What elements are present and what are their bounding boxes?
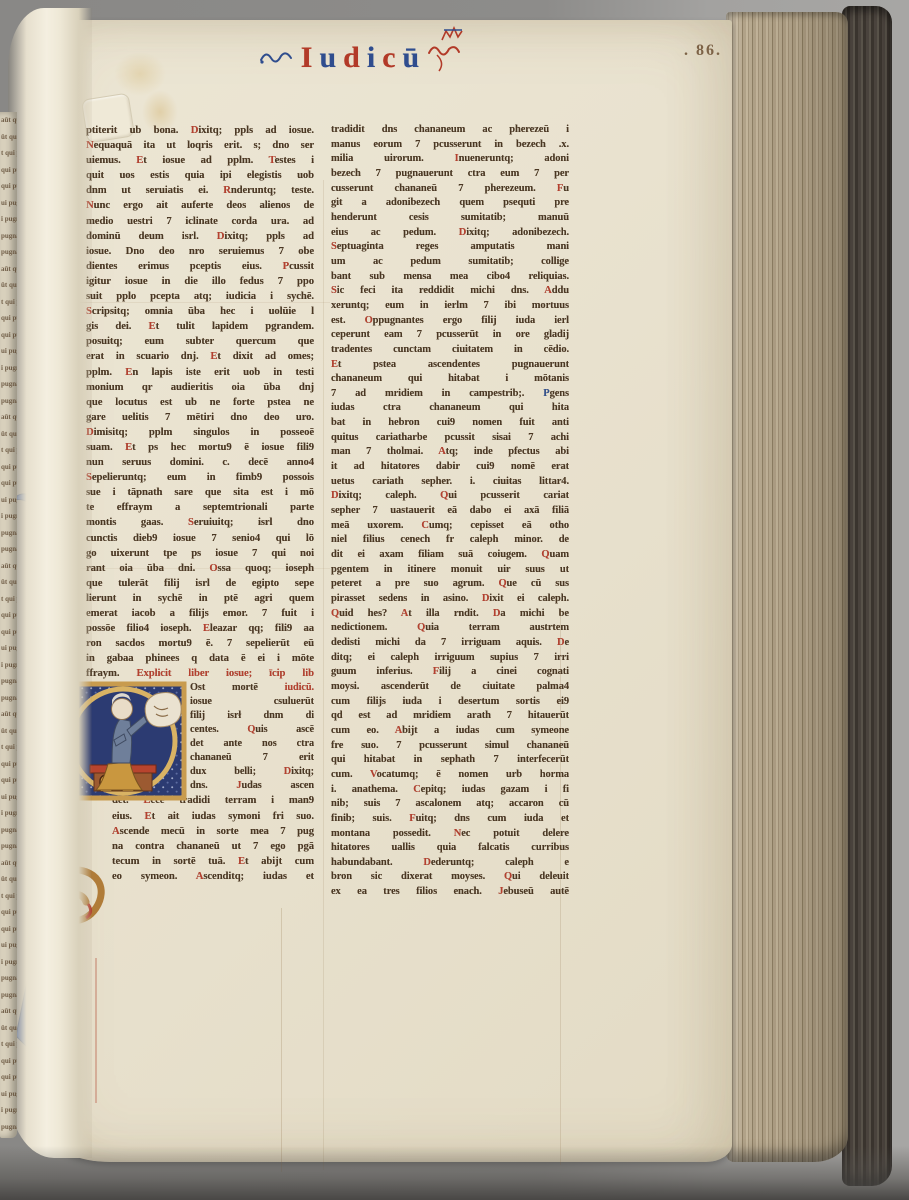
facing-page-text-fragment: aūt qui pugnauit isrl ome filij dns ad e…: [0, 706, 17, 723]
book-cover-edge: [842, 6, 892, 1186]
text-line: Ost mortē iudicū.: [190, 681, 314, 695]
facing-page-text-fragment: i pugnauit isrl ome filij dns ad eū: [0, 508, 17, 525]
text-line: meā uxorem. Cumq; cepisset eā otho: [331, 519, 569, 534]
facing-page-text-fragment: ui pugnauit isrl ome filij dns ad eū: [0, 937, 17, 954]
text-line: medio uestri 7 iclinate corda ura. ad: [86, 214, 314, 229]
facing-page-sliver: aūt qui pugnauit isrl ome filij dns ad e…: [0, 112, 17, 1138]
facing-page-text-fragment: pugnauit isrl ome filij dns ad eū: [0, 987, 17, 1004]
text-line: fre suo. 7 pcusserunt simul chananeū: [331, 739, 569, 754]
text-line: git a adonibezech quem psequti pre: [331, 196, 569, 211]
facing-page-text-fragment: ūt qui pugnauit isrl ome filij dns ad eū: [0, 723, 17, 740]
text-line: bron sic dixerat moyses. Qui deleuit: [331, 870, 569, 885]
facing-page-text-fragment: aūt qui pugnauit isrl ome filij dns ad e…: [0, 558, 17, 575]
facing-page-text-fragment: qui pugnauit isrl ome filij dns ad eū: [0, 178, 17, 195]
text-line: quitus cariatharbe pcussit sisai 7 achi: [331, 431, 569, 446]
text-line: guum inferius. Filij a cinei cognati: [331, 665, 569, 680]
folio-number: . 86.: [684, 42, 722, 60]
facing-page-text-fragment: pugnauit isrl ome filij dns ad eū: [0, 838, 17, 855]
facing-page-text-fragment: ūt qui pugnauit isrl ome filij dns ad eū: [0, 426, 17, 443]
text-line: hitatores uallis quia falcatis curribus: [331, 841, 569, 856]
text-line: ditq; ei caleph irriguum supius 7 irri: [331, 651, 569, 666]
facing-page-text-fragment: ui pugnauit isrl ome filij dns ad eū: [0, 343, 17, 360]
header-crown-mark-icon: [440, 26, 466, 42]
text-line: uetus cariath sepher. i. ciuitas littar4…: [331, 475, 569, 490]
facing-page-text-fragment: qui pugnauit isrl ome filij dns ad eū: [0, 459, 17, 476]
text-line: sepher 7 uastauerit eā dabo ei axā filiā: [331, 504, 569, 519]
text-line: filij isrł dnm di: [190, 709, 314, 723]
facing-page-text-fragment: aūt qui pugnauit isrl ome filij dns ad e…: [0, 112, 17, 129]
text-line: pgentem in itinere monuit uir suus ut: [331, 563, 569, 578]
text-line: gare uelitis 7 mētiri dno deo uro.: [86, 410, 314, 425]
facing-page-text-fragment: qui pugnauit isrl ome filij dns ad eū: [0, 310, 17, 327]
facing-page-text-fragment: pugnauit isrl ome filij dns ad eū: [0, 393, 17, 410]
facing-page-text-fragment: pugnauit isrl ome filij dns ad eū: [0, 244, 17, 261]
header-letter: c: [379, 41, 399, 74]
facing-page-text-fragment: i pugnauit isrl ome filij dns ad eū: [0, 954, 17, 971]
text-line: dnm ut seruiatis ei. Rnderuntq; teste.: [86, 183, 314, 198]
text-line: chananeū 7 erit: [190, 751, 314, 765]
header-flourish-left-icon: [259, 47, 293, 69]
facing-page-text-fragment: pugnauit isrl ome filij dns ad eū: [0, 822, 17, 839]
text-line: habundabant. Dederuntq; caleph e: [331, 856, 569, 871]
header-letter: ū: [399, 41, 423, 74]
text-line: que locutus est ub ne forte pstea ne: [86, 395, 314, 410]
text-line: nun seruus domini. c. decē anno4: [86, 455, 314, 470]
text-line: eius ac pedum. Dixitq; adonibezech.: [331, 226, 569, 241]
facing-page-text-fragment: ui pugnauit isrl ome filij dns ad eū: [0, 1086, 17, 1103]
facing-page-text-fragment: t qui pugnauit isrl ome filij dns ad eū: [0, 145, 17, 162]
text-line: Sic feci ita reddidit michi dns. Addu: [331, 284, 569, 299]
text-line: Nequaquā ita ut loqris erit. s; dno ser: [86, 138, 314, 153]
text-line: milia uirorum. Inueneruntq; adoni: [331, 152, 569, 167]
text-line: cum filijs iuda i desertum sortis ei9: [331, 695, 569, 710]
text-line: Septuaginta reges amputatis mani: [331, 240, 569, 255]
text-line: Scripsitq; omnia ūba hec i uolūie l: [86, 304, 314, 319]
text-line: ptiterit ub bona. Dixitq; ppls ad iosue.: [86, 123, 314, 138]
text-line: qui hitabat in sephath 7 interfecerūt: [331, 753, 569, 768]
facing-page-text-fragment: aūt qui pugnauit isrl ome filij dns ad e…: [0, 261, 17, 278]
text-line: cum eo. Abijt a iudas cum symeone: [331, 724, 569, 739]
facing-page-text-fragment: t qui pugnauit isrl ome filij dns ad eū: [0, 294, 17, 311]
book-gutter: [8, 8, 92, 1158]
facing-page-text-fragment: pugnauit isrl ome filij dns ad eū: [0, 673, 17, 690]
text-line: iosue. Dno deo nro seruiemus 7 obe: [86, 244, 314, 259]
facing-page-text-fragment: pugnauit isrl ome filij dns ad eū: [0, 970, 17, 987]
facing-page-text-fragment: ūt qui pugnauit isrl ome filij dns ad eū: [0, 871, 17, 888]
text-line: pirasset sedens in asino. Dixit ei calep…: [331, 592, 569, 607]
text-line: Nunc ergo ait auferte deos alienos de: [86, 198, 314, 213]
ruling-line: [80, 302, 330, 303]
text-line: igitur iosue in die illo fedus 7 ppo: [86, 274, 314, 289]
ruling-line: [560, 610, 561, 1165]
text-line: gis dei. Et tulit lapidem pgrandem.: [86, 319, 314, 334]
facing-page-text-fragment: i pugnauit isrl ome filij dns ad eū: [0, 360, 17, 377]
facing-page-text-fragment: aūt qui pugnauit isrl ome filij dns ad e…: [0, 855, 17, 872]
text-line: iudas ctra chananeum qui hita: [331, 401, 569, 416]
facing-page-text-fragment: qui pugnauit isrl ome filij dns ad eū: [0, 772, 17, 789]
text-line: tradidit dns chananeum ac pherezeū i: [331, 123, 569, 138]
facing-page-text-fragment: qui pugnauit isrl ome filij dns ad eū: [0, 624, 17, 641]
page-fore-edge-stack: [726, 12, 848, 1162]
text-line: centes. Quis ascē: [190, 723, 314, 737]
facing-page-text-fragment: ūt qui pugnauit isrl ome filij dns ad eū: [0, 574, 17, 591]
facing-page-text-fragment: i pugnauit isrl ome filij dns ad eū: [0, 805, 17, 822]
facing-page-text-fragment: pugnauit isrl ome filij dns ad eū: [0, 690, 17, 707]
facing-page-text-fragment: pugnauit isrl ome filij dns ad eū: [0, 228, 17, 245]
facing-page-text-fragment: pugnauit isrl ome filij dns ad eū: [0, 376, 17, 393]
text-line: erat in scuario dnj. Et dixit ad omes;: [86, 349, 314, 364]
text-line: posuitq; eum subter quercum que: [86, 334, 314, 349]
facing-page-text-fragment: t qui pugnauit isrl ome filij dns ad eū: [0, 1036, 17, 1053]
text-line: nedictionem. Quia terram austrtem: [331, 621, 569, 636]
facing-page-text-fragment: ui pugnauit isrl ome filij dns ad eū: [0, 640, 17, 657]
facing-page-text-fragment: t qui pugnauit isrl ome filij dns ad eū: [0, 442, 17, 459]
text-line: niel filius cenech fr caleph minor. de: [331, 533, 569, 548]
text-line: finib; suis. Fuitq; dns cum iuda et: [331, 812, 569, 827]
header-letter: I: [297, 41, 316, 74]
text-line: ex ea tres filios enach. Jebuseū autē: [331, 885, 569, 900]
facing-page-text-fragment: qui pugnauit isrl ome filij dns ad eū: [0, 607, 17, 624]
text-line: peteret a pre suo agrum. Que cū sus: [331, 577, 569, 592]
ruling-line: [281, 908, 282, 1172]
facing-page-text-fragment: aūt qui pugnauit isrl ome filij dns ad e…: [0, 1003, 17, 1020]
text-line: montana possedit. Nec potuit delere: [331, 827, 569, 842]
text-line: Et pstea ascendentes pugnauerunt: [331, 358, 569, 373]
text-line: moysi. ascenderūt de ciuitate palma4: [331, 680, 569, 695]
running-title-letters: Iudicū: [297, 38, 422, 78]
text-line: henderunt cesis sumitatib; manuū: [331, 211, 569, 226]
text-line: suam. Et ps hec mortu9 ē iosue fili9: [86, 440, 314, 455]
text-line: quit uos estis quia ipi elegistis uob: [86, 168, 314, 183]
facing-page-text-fragment: i pugnauit isrl ome filij dns ad eū: [0, 657, 17, 674]
text-line: pplm. En lapis iste erit uob in testi: [86, 365, 314, 380]
text-line: bant sub mensa mea cibo4 reliquias.: [331, 270, 569, 285]
ruling-line: [323, 180, 324, 1170]
text-line: det ante nos ctra: [190, 737, 314, 751]
header-flourish-right-icon: [427, 43, 461, 73]
text-line: dientes erimus pceptis eius. Pcussit: [86, 259, 314, 274]
text-line: Dixitq; caleph. Qui pcusserit cariat: [331, 489, 569, 504]
facing-page-text-fragment: ui pugnauit isrl ome filij dns ad eū: [0, 789, 17, 806]
running-title: Iudicū: [180, 34, 540, 82]
facing-page-text-fragment: ui pugnauit isrl ome filij dns ad eū: [0, 195, 17, 212]
text-line: chananeum qui hitabat i mōtanis: [331, 372, 569, 387]
text-line: tradentes cunctam ciuitatem in cēdio.: [331, 343, 569, 358]
facing-page-text-fragment: i pugnauit isrl ome filij dns ad eū: [0, 211, 17, 228]
facing-page-text-fragment: qui pugnauit isrl ome filij dns ad eū: [0, 1069, 17, 1086]
facing-page-text-fragment: qui pugnauit isrl ome filij dns ad eū: [0, 904, 17, 921]
text-line: dominū deum isrl. Dixitq; ppls ad: [86, 229, 314, 244]
facing-page-text-fragment: qui pugnauit isrl ome filij dns ad eū: [0, 921, 17, 938]
text-line: cum. Vocatumq; ē nomen urb horma: [331, 768, 569, 783]
text-line: qd est ad mridiem arath 7 hitauerūt: [331, 709, 569, 724]
text-line: dux belli; Dixitq;: [190, 765, 314, 779]
table-shadow: [0, 1146, 909, 1200]
text-line: est. Oppugnantes ergo filij iuda ierl: [331, 314, 569, 329]
text-line: dns. Judas ascen: [190, 779, 314, 793]
manuscript-page: Iudicū . 86. ptiterit ub bona. Dixitq; p…: [50, 20, 732, 1162]
facing-page-text-fragment: t qui pugnauit isrl ome filij dns ad eū: [0, 888, 17, 905]
facing-page-text-fragment: qui pugnauit isrl ome filij dns ad eū: [0, 475, 17, 492]
facing-page-text-fragment: ūt qui pugnauit isrl ome filij dns ad eū: [0, 129, 17, 146]
text-line: i. anathema. Cepitq; iudas gazam i fi: [331, 783, 569, 798]
facing-page-text-fragment: pugnauit isrl ome filij dns ad eū: [0, 1119, 17, 1136]
facing-page-text-fragment: qui pugnauit isrl ome filij dns ad eū: [0, 1053, 17, 1070]
text-line: man 7 tholmai. Atq; inde pfectus abi: [331, 445, 569, 460]
facing-page-text-fragment: qui pugnauit isrl ome filij dns ad eū: [0, 327, 17, 344]
manuscript-photo: Iudicū . 86. ptiterit ub bona. Dixitq; p…: [0, 0, 909, 1200]
facing-page-text-fragment: qui pugnauit isrl ome filij dns ad eū: [0, 756, 17, 773]
header-letter: i: [363, 41, 378, 74]
text-line: monium qr audieritis oia ūba dnj: [86, 380, 314, 395]
text-line: dit ei axam filiam suā coiugem. Quam: [331, 548, 569, 563]
text-line: uiemus. Et iosue ad pplm. Testes i: [86, 153, 314, 168]
facing-page-text-fragment: t qui pugnauit isrl ome filij dns ad eū: [0, 591, 17, 608]
facing-page-text-fragment: pugnauit isrl ome filij dns ad eū: [0, 525, 17, 542]
text-line: dedisti michi da 7 irriguam aquis. De: [331, 636, 569, 651]
text-line: Sepelieruntq; eum in fimb9 possois: [86, 470, 314, 485]
facing-page-text-fragment: ūt qui pugnauit isrl ome filij dns ad eū: [0, 277, 17, 294]
text-line: cusserunt chananeū 7 pherezeum. Fu: [331, 182, 569, 197]
text-line: nib; suis 7 ascalonem atq; accaron cū: [331, 797, 569, 812]
text-line: it ad hitatores dabir cui9 nomē erat: [331, 460, 569, 475]
facing-page-text-fragment: t qui pugnauit isrl ome filij dns ad eū: [0, 739, 17, 756]
header-letter: u: [316, 41, 340, 74]
header-letter: d: [340, 41, 364, 74]
text-line: iosue csuluerūt: [190, 695, 314, 709]
facing-page-text-fragment: pugnauit isrl ome filij dns ad eū: [0, 541, 17, 558]
text-line: ceperunt eam 7 pcusserūt in ore gladij: [331, 328, 569, 343]
text-line: um ac pedum sumitatib; collige: [331, 255, 569, 270]
facing-page-text-fragment: aūt qui pugnauit isrl ome filij dns ad e…: [0, 409, 17, 426]
text-line: 7 ad mridiem in campestrib;. Pgens: [331, 387, 569, 402]
text-line: bat in hebron cui9 nomen fuit anti: [331, 416, 569, 431]
facing-page-text-fragment: ui pugnauit isrl ome filij dns ad eū: [0, 492, 17, 509]
text-line: bezech 7 pugnauerunt ctra eum 7 per: [331, 167, 569, 182]
text-line: Quid hes? At illa rndit. Da michi be: [331, 607, 569, 622]
text-line: xeruntq; eum in ierlm 7 ibi mortuus: [331, 299, 569, 314]
facing-page-text-fragment: qui pugnauit isrl ome filij dns ad eū: [0, 162, 17, 179]
facing-page-text-fragment: ūt qui pugnauit isrl ome filij dns ad eū: [0, 1020, 17, 1037]
text-column-right: tradidit dns chananeum ac pherezeū imanu…: [331, 123, 569, 900]
text-line: Dimisitq; pplm singulos in posseoē: [86, 425, 314, 440]
text-line: manus eorum 7 pcusserunt in bezech .x.: [331, 138, 569, 153]
facing-page-text-fragment: i pugnauit isrl ome filij dns ad eū: [0, 1102, 17, 1119]
